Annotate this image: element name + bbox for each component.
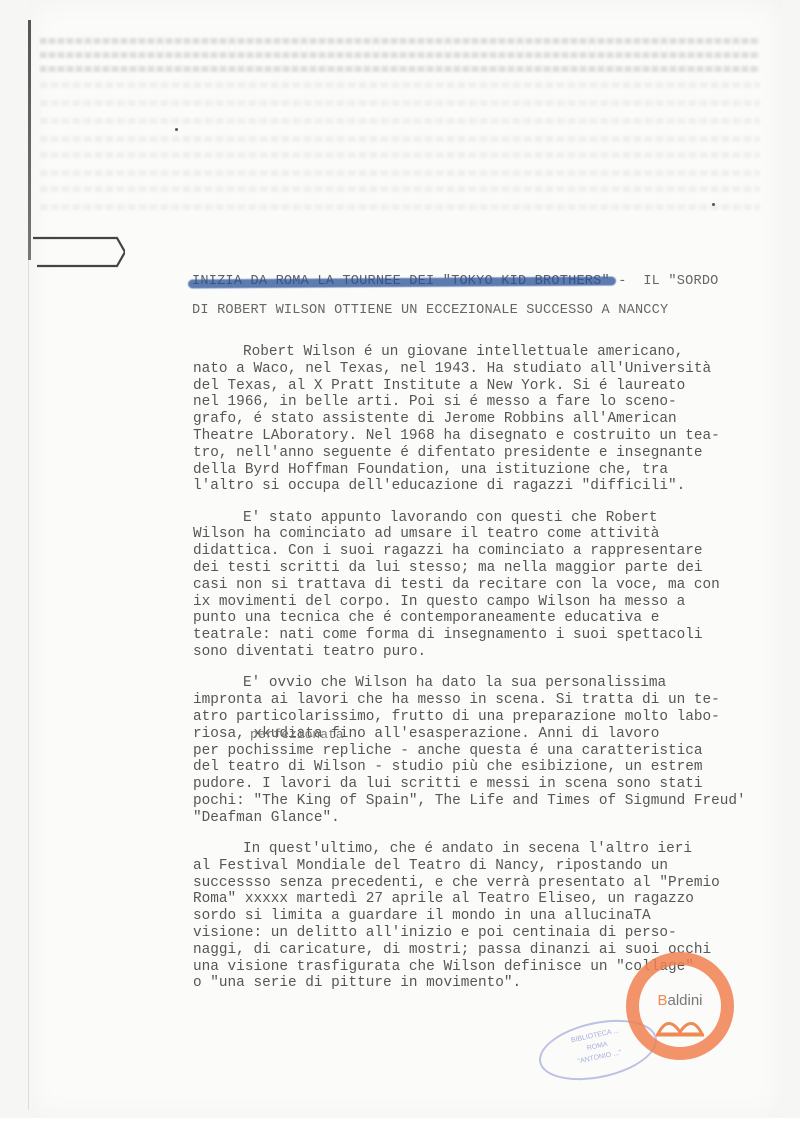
paragraph: E' stato appunto lavorando con questi ch… <box>193 510 793 661</box>
bleed-through <box>40 100 760 106</box>
text-line: l'altro si occupa dell'educazione di rag… <box>193 478 793 495</box>
text-line: dei testi scritti da lui stesso; ma nell… <box>193 560 793 577</box>
text-line: impronta ai lavori che ha messo in scena… <box>193 692 793 709</box>
text-line: E' ovvio che Wilson ha dato la sua perso… <box>193 675 793 692</box>
typed-insertion: perfezionata <box>250 727 344 742</box>
text-line: del teatro di Wilson - studio più che es… <box>193 759 793 776</box>
text-line: didattica. Con i suoi ragazzi ha cominci… <box>193 543 793 560</box>
text-line: nato a Waco, nel Texas, nel 1943. Ha stu… <box>193 361 793 378</box>
text-line: "Deafman Glance". <box>193 810 793 827</box>
text-line: ix movimenti del corpo. In questo campo … <box>193 594 793 611</box>
ink-speck <box>712 203 715 206</box>
text-line: al Festival Mondiale del Teatro di Nancy… <box>193 858 793 875</box>
bleed-through <box>40 66 760 72</box>
text-line: E' stato appunto lavorando con questi ch… <box>193 510 793 527</box>
bleed-through <box>40 204 760 210</box>
text-line: casi non si trattava di testi da recitar… <box>193 577 793 594</box>
text-line: teatrale: nati come forma di insegnament… <box>193 627 793 644</box>
paragraph: Robert Wilson é un giovane intellettuale… <box>193 344 793 495</box>
text-line: In quest'ultimo, che é andato in secena … <box>193 841 793 858</box>
text-line: Wilson ha cominciato ad umsare il teatro… <box>193 526 793 543</box>
text-line: per pochissime repliche - anche questa é… <box>193 743 793 760</box>
text-line: Roma" xxxxx martedì 27 aprile al Teatro … <box>193 891 793 908</box>
text-line: atro particolarissimo, frutto di una pre… <box>193 709 793 726</box>
bleed-through <box>40 136 760 142</box>
text-line: del Texas, al X Pratt Institute a New Yo… <box>193 378 793 395</box>
headline-line-2: DI ROBERT WILSON OTTIENE UN ECCEZIONALE … <box>192 303 668 318</box>
logo-name: Baldini <box>626 992 734 1009</box>
scan-bottom-margin <box>0 1118 800 1131</box>
bleed-through <box>40 52 760 58</box>
text-line: Robert Wilson é un giovane intellettuale… <box>193 344 793 361</box>
bleed-through <box>40 82 760 88</box>
headline-line-1: INIZIA DA ROMA LA TOURNEE DEI "TOKYO KID… <box>192 274 719 289</box>
ink-speck <box>175 128 178 131</box>
headline-continuation: - IL "SORDO <box>610 274 719 289</box>
text-line: grafo, é stato assistente di Jerome Robb… <box>193 411 793 428</box>
book-icon <box>656 1012 704 1038</box>
bleed-through <box>40 170 760 176</box>
text-line: Theatre LAboratory. Nel 1968 ha disegnat… <box>193 428 793 445</box>
text-line: sordo si limita a guardare il mondo in u… <box>193 908 793 925</box>
text-line: punto una tecnica che é contemporaneamen… <box>193 610 793 627</box>
bleed-through <box>40 152 760 158</box>
baldini-logo: Baldini <box>626 952 734 1060</box>
bleed-through <box>40 186 760 192</box>
paper-clip-icon <box>31 234 125 270</box>
article-body: Robert Wilson é un giovane intellettuale… <box>193 344 793 1007</box>
bleed-through <box>40 38 760 44</box>
paragraph: E' ovvio che Wilson ha dato la sua perso… <box>193 675 793 826</box>
text-line: tro, nell'anno seguente é difentato pres… <box>193 445 793 462</box>
text-line: pochi: "The King of Spain", The Life and… <box>193 793 793 810</box>
text-line: nel 1966, in belle arti. Poi si é messo … <box>193 394 793 411</box>
text-line: pudore. I lavori da lui scritti e messi … <box>193 776 793 793</box>
text-line: visione: un delitto all'inizio e poi cen… <box>193 925 793 942</box>
binder-edge <box>28 20 31 260</box>
struck-out-headline: INIZIA DA ROMA LA TOURNEE DEI "TOKYO KID… <box>192 274 610 289</box>
bleed-through <box>40 118 760 124</box>
text-line: della Byrd Hoffman Foundation, una istit… <box>193 462 793 479</box>
text-line: successso senza precedenti, e che verrà … <box>193 875 793 892</box>
page-fold-line <box>28 260 29 1110</box>
text-line: sono diventati teatro puro. <box>193 644 793 661</box>
